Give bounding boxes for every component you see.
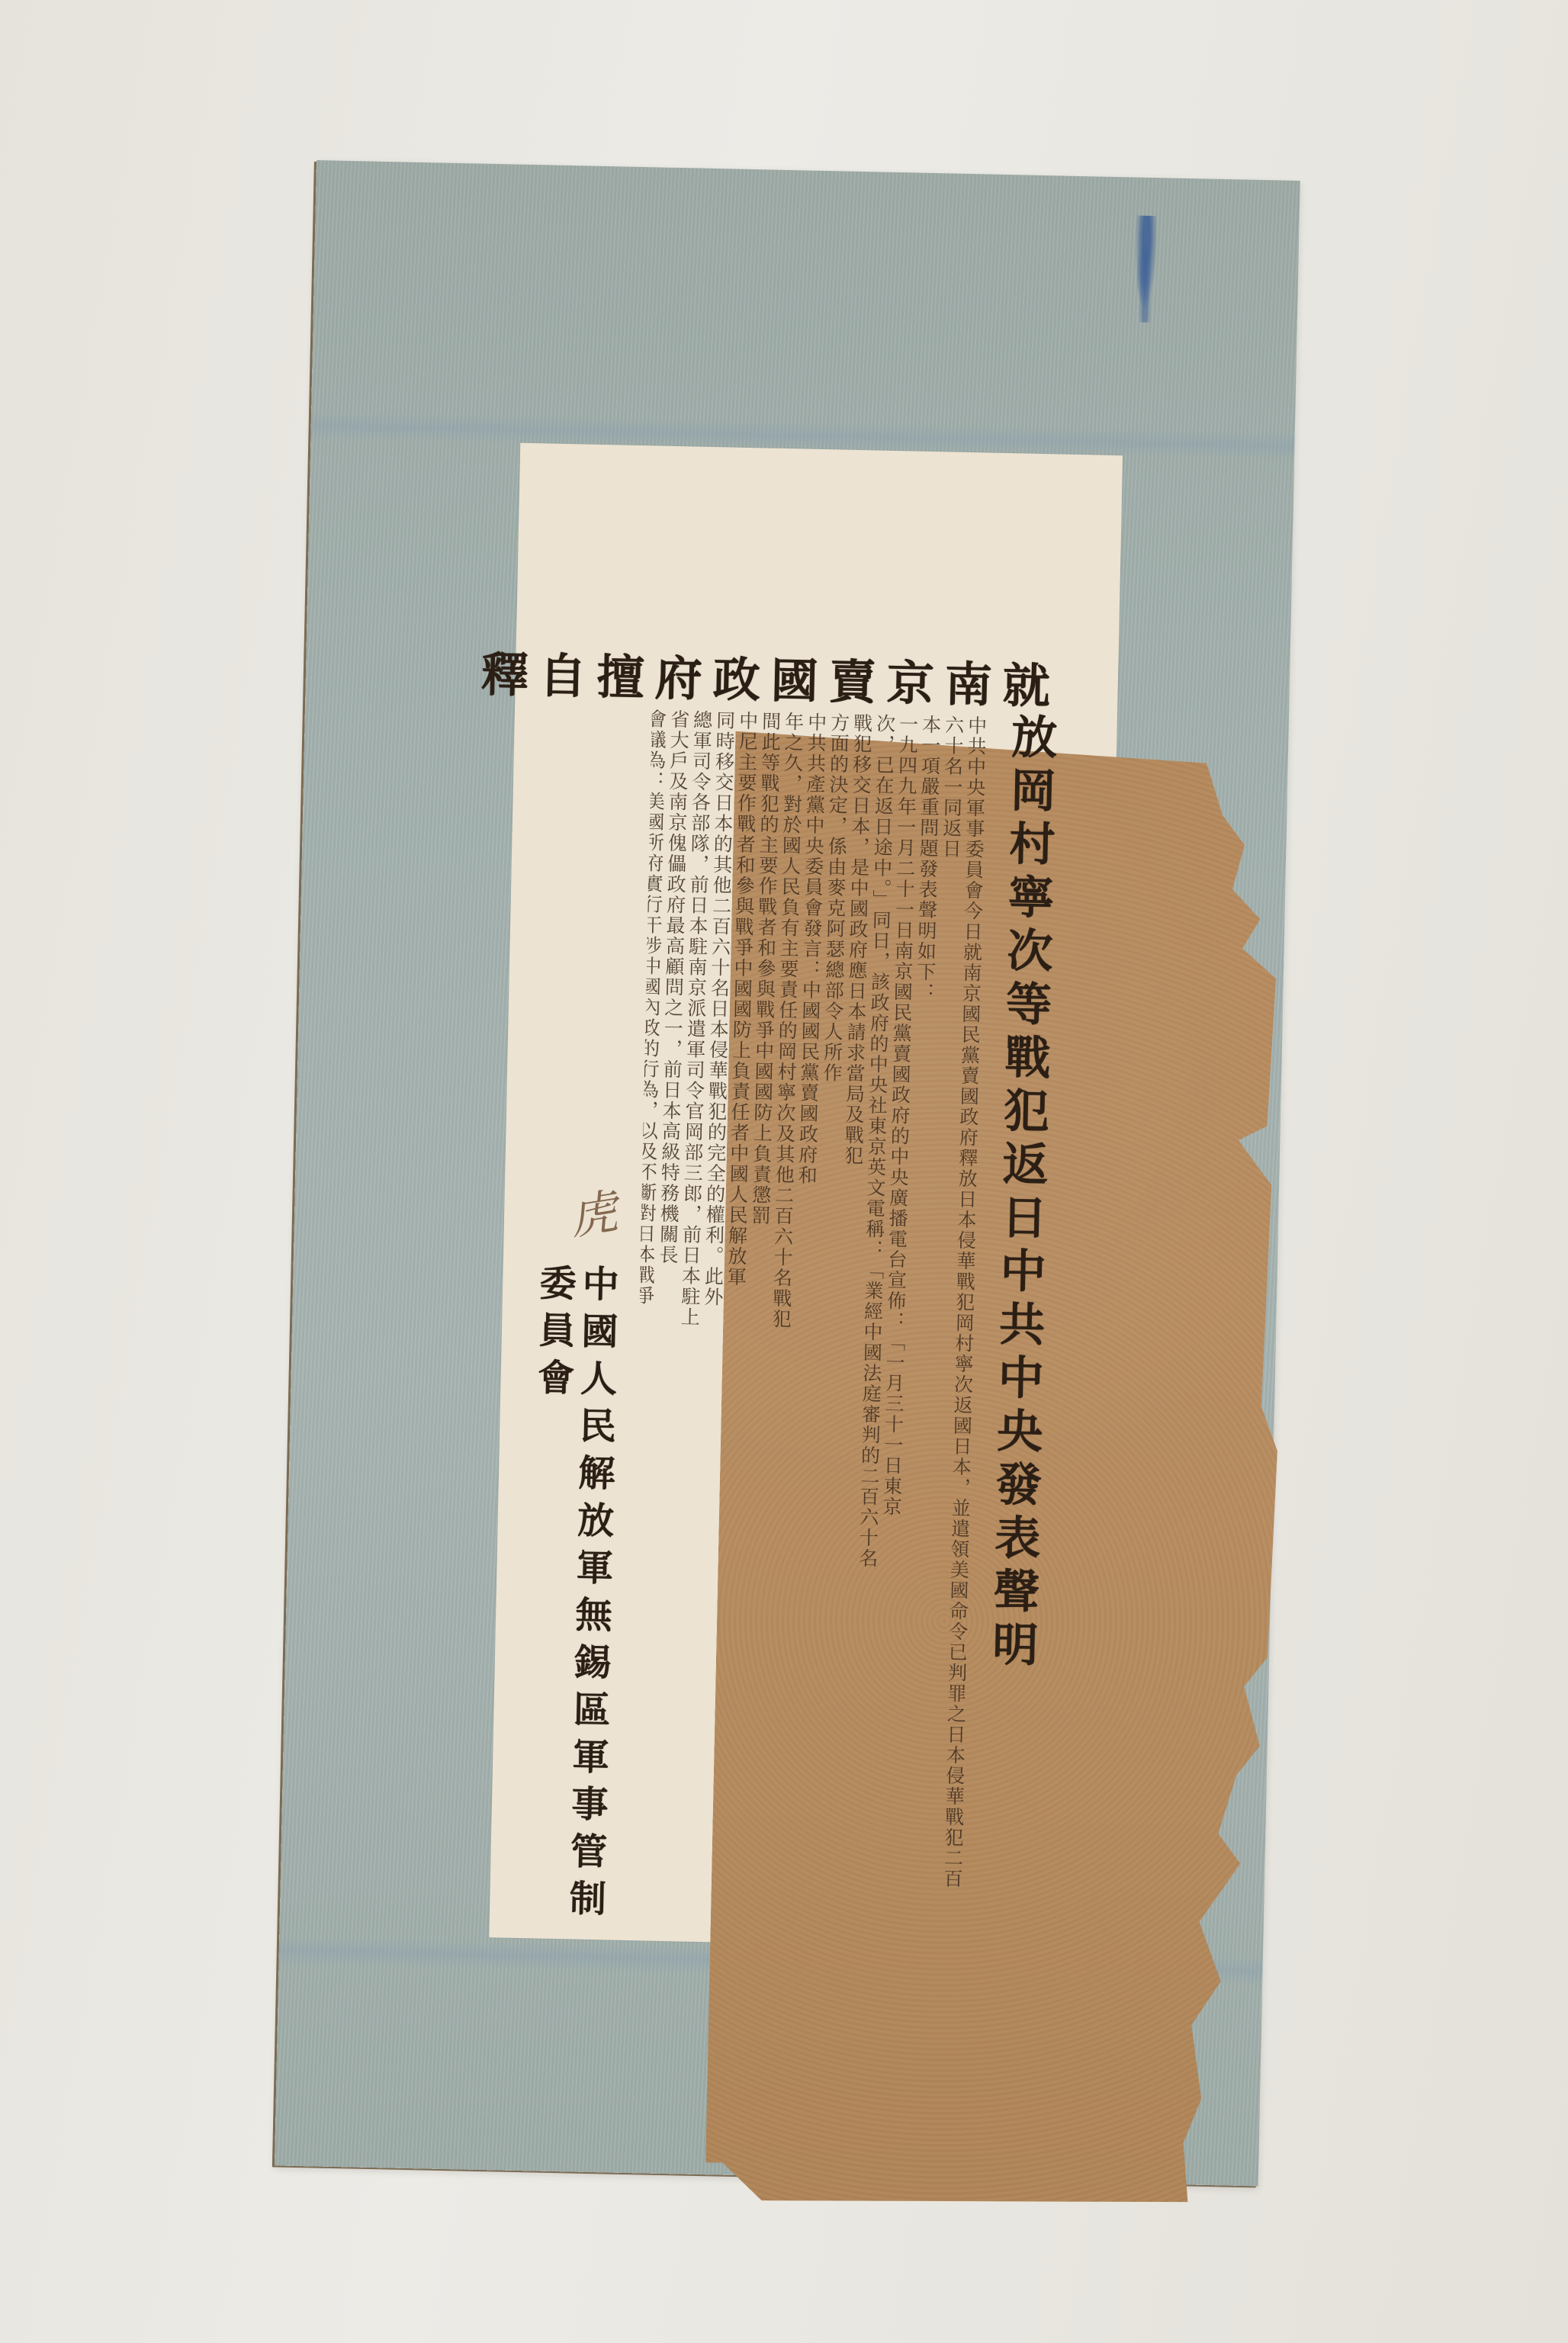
clipping-text-layer: 就南京賣國政府擅自釋 放岡村寧次等戰犯返日中共中央發表聲明 中共中央軍事委員會今…	[489, 443, 1123, 1950]
handwritten-mark: 虎	[564, 1174, 622, 1248]
headline-vertical: 放岡村寧次等戰犯返日中共中央發表聲明	[985, 712, 1058, 1674]
article-body: 中共中央軍事委員會今日就南京國民黨賣國政府釋放日本侵華戰犯岡村寧次返國日本，並遣…	[628, 709, 988, 1894]
blue-ink-stain	[1132, 215, 1160, 323]
photo-scene: 就南京賣國政府擅自釋 放岡村寧次等戰犯返日中共中央發表聲明 中共中央軍事委員會今…	[0, 0, 1568, 2343]
issuer-signature: 中國人民解放軍無錫區軍事管制委員會	[559, 1264, 619, 1940]
silk-mount: 就南京賣國政府擅自釋 放岡村寧次等戰犯返日中共中央發表聲明 中共中央軍事委員會今…	[275, 160, 1300, 2186]
headline-horizontal: 就南京賣國政府擅自釋	[564, 638, 1062, 717]
